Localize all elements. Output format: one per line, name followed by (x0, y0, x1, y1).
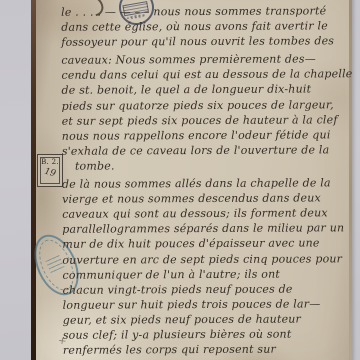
manuscript-line: s'exhala de ce caveau lors de l'ouvertur… (62, 142, 350, 159)
manuscript-line: longueur sur huit pieds trois pouces de … (63, 296, 351, 313)
manuscript-line: dans cette église, où nous avons fait av… (61, 18, 349, 35)
handwritten-text-block: le . . . . — — – – nous nous sommes tran… (61, 3, 351, 358)
shelf-mark-label: B. 2. 19 (37, 154, 63, 187)
manuscript-line: caveaux: Nous sommes premièrement des— (61, 52, 349, 69)
manuscript-line: chacun vingt-trois pieds neuf pouces de (63, 281, 351, 298)
manuscript-line: caveaux qui sont au dessous; ils forment… (62, 205, 350, 222)
manuscript-line: communiquer de l'un à l'autre; ils ont (62, 266, 350, 283)
manuscript-line: cendu dans celui qui est au dessous de l… (61, 67, 349, 84)
manuscript-line: vierge et nous sommes descendus dans deu… (62, 190, 350, 207)
manuscript-line: nous nous rappellons encore l'odeur féti… (62, 127, 350, 144)
manuscript-line: sous clef; il y-a plusieurs bières où so… (63, 326, 351, 343)
manuscript-line: de là nous sommes allés dans la chapelle… (62, 175, 350, 192)
manuscript-line: mur de dix huit pouces d'épaisseur avec … (62, 236, 350, 253)
manuscript-line: parallellogrammes séparés dans le milieu… (62, 221, 350, 238)
shelf-mark-number: 19 (37, 165, 63, 181)
manuscript-line: fossoyeur pour qu'il nous ouvrit les tom… (61, 33, 349, 50)
margin-cross-mark: + (57, 335, 67, 347)
manuscript-line: tombe. (62, 157, 350, 174)
manuscript-photo: B. 2. 19 le . . . . — — – – nous nous so… (0, 0, 360, 360)
manuscript-line: de st. benoit, le quel a de longueur dix… (61, 82, 349, 99)
manuscript-line: renfermés les corps qui reposent sur (63, 341, 351, 358)
manuscript-line: ouverture en arc de sept pieds cinq pouc… (62, 251, 350, 268)
manuscript-line: pieds sur quatorze pieds six pouces de l… (62, 97, 350, 114)
manuscript-line: geur, et six pieds neuf pouces de hauteu… (63, 311, 351, 328)
manuscript-line: le . . . . — — – – nous nous sommes tran… (61, 3, 349, 20)
manuscript-line: et sur sept pieds six pouces de hauteur … (62, 112, 350, 129)
